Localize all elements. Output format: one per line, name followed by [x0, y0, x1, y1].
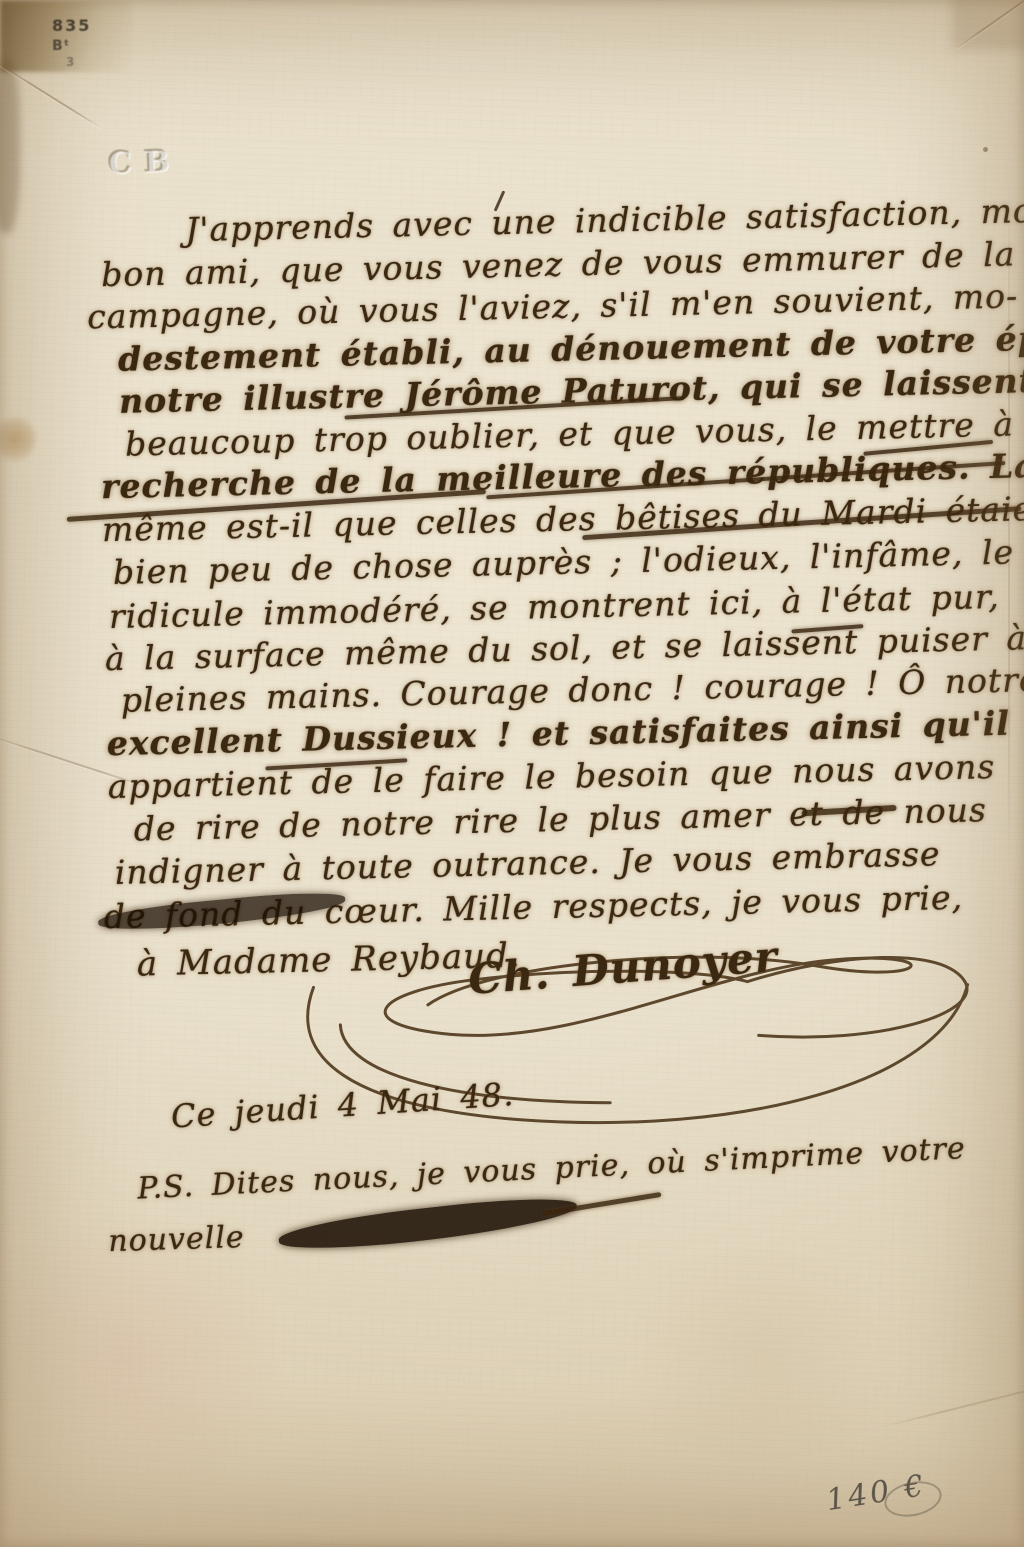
ink-blot-deletion — [277, 1192, 579, 1257]
ink-strike — [542, 1192, 661, 1216]
letter-body: J'apprends avec une indicible satisfacti… — [0, 0, 1024, 1547]
scanned-letter-page: 835 Bᵗ 3 CB J'apprends avec une indicibl… — [0, 0, 1024, 1547]
ps-line: nouvelle — [108, 1221, 245, 1258]
ps-line: P.S. Dites nous, je vous prie, où s'impr… — [137, 1132, 967, 1205]
